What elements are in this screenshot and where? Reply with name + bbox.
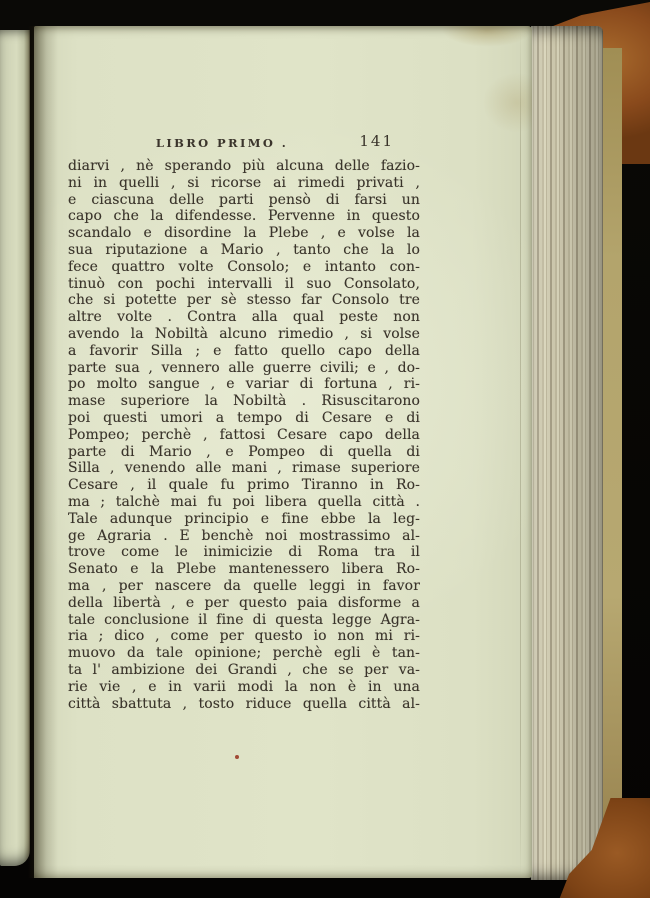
fore-edge-page-stack xyxy=(531,26,603,880)
text-line: che si potette per sè stesso far Consolo… xyxy=(68,292,420,309)
ink-speck xyxy=(235,755,239,759)
text-line: diarvi , nè sperando più alcuna delle fa… xyxy=(68,158,420,175)
page-text: diarvi , nè sperando più alcuna delle fa… xyxy=(68,158,420,712)
text-line: poi questi umori a tempo di Cesare e di xyxy=(68,410,420,427)
text-line: po molto sangue , e variar di fortuna , … xyxy=(68,376,420,393)
text-line: Senato e la Plebe mantenessero libera Ro… xyxy=(68,561,420,578)
text-line: altre volte . Contra alla qual peste non xyxy=(68,309,420,326)
text-line: ria ; dico , come per questo io non mi r… xyxy=(68,628,420,645)
text-line: tale conclusione il fine di questa legge… xyxy=(68,612,420,629)
text-line: trove come le inimicizie di Roma tra il xyxy=(68,544,420,561)
text-line: muovo da tale opinione; perchè egli è ta… xyxy=(68,645,420,662)
text-line: Pompeo; perchè , fattosi Cesare capo del… xyxy=(68,427,420,444)
text-line: e ciascuna delle parti pensò di farsi un xyxy=(68,192,420,209)
text-line: tinuò con pochi intervalli il suo Consol… xyxy=(68,276,420,293)
text-line: scandalo e disordine la Plebe , e volse … xyxy=(68,225,420,242)
text-line: mase superiore la Nobiltà . Risuscitaron… xyxy=(68,393,420,410)
text-line: ni in quelli , si ricorse ai rimedi priv… xyxy=(68,175,420,192)
text-line: della libertà , e per questo paia disfor… xyxy=(68,595,420,612)
page-crease xyxy=(520,26,521,878)
text-line: avendo la Nobiltà alcuno rimedio , si vo… xyxy=(68,326,420,343)
text-line: Silla , venendo alle mani , rimase super… xyxy=(68,460,420,477)
running-title: LIBRO PRIMO . xyxy=(156,136,288,150)
text-line: a favorir Silla ; e fatto quello capo de… xyxy=(68,343,420,360)
text-line: ge Agraria . E benchè noi mostrassimo al… xyxy=(68,528,420,545)
text-line: ta l' ambizione dei Grandi , che se per … xyxy=(68,662,420,679)
text-line: capo che la difendesse. Pervenne in ques… xyxy=(68,208,420,225)
cover-edge-strip xyxy=(601,48,622,890)
page-content: LIBRO PRIMO . 141 diarvi , nè sperando p… xyxy=(68,130,420,712)
text-line: parte sua , vennero alle guerre civili; … xyxy=(68,360,420,377)
text-line: rie vie , e in varii modi la non è in un… xyxy=(68,679,420,696)
book-scan: LIBRO PRIMO . 141 diarvi , nè sperando p… xyxy=(0,0,650,898)
running-header: LIBRO PRIMO . 141 xyxy=(68,130,420,158)
text-line: Cesare , il quale fu primo Tiranno in Ro… xyxy=(68,477,420,494)
text-line: città sbattuta , tosto riduce quella cit… xyxy=(68,696,420,713)
text-line: fece quattro volte Consolo; e intanto co… xyxy=(68,259,420,276)
text-line: Tale adunque principio e fine ebbe la le… xyxy=(68,511,420,528)
facing-page-edge xyxy=(0,30,30,866)
book-page: LIBRO PRIMO . 141 diarvi , nè sperando p… xyxy=(34,26,532,878)
text-line: parte di Mario , e Pompeo di quella di xyxy=(68,444,420,461)
text-line: ma ; talchè mai fu poi libera quella cit… xyxy=(68,494,420,511)
text-line: sua riputazione a Mario , tanto che la l… xyxy=(68,242,420,259)
text-line: ma , per nascere da quelle leggi in favo… xyxy=(68,578,420,595)
page-number: 141 xyxy=(359,132,394,150)
